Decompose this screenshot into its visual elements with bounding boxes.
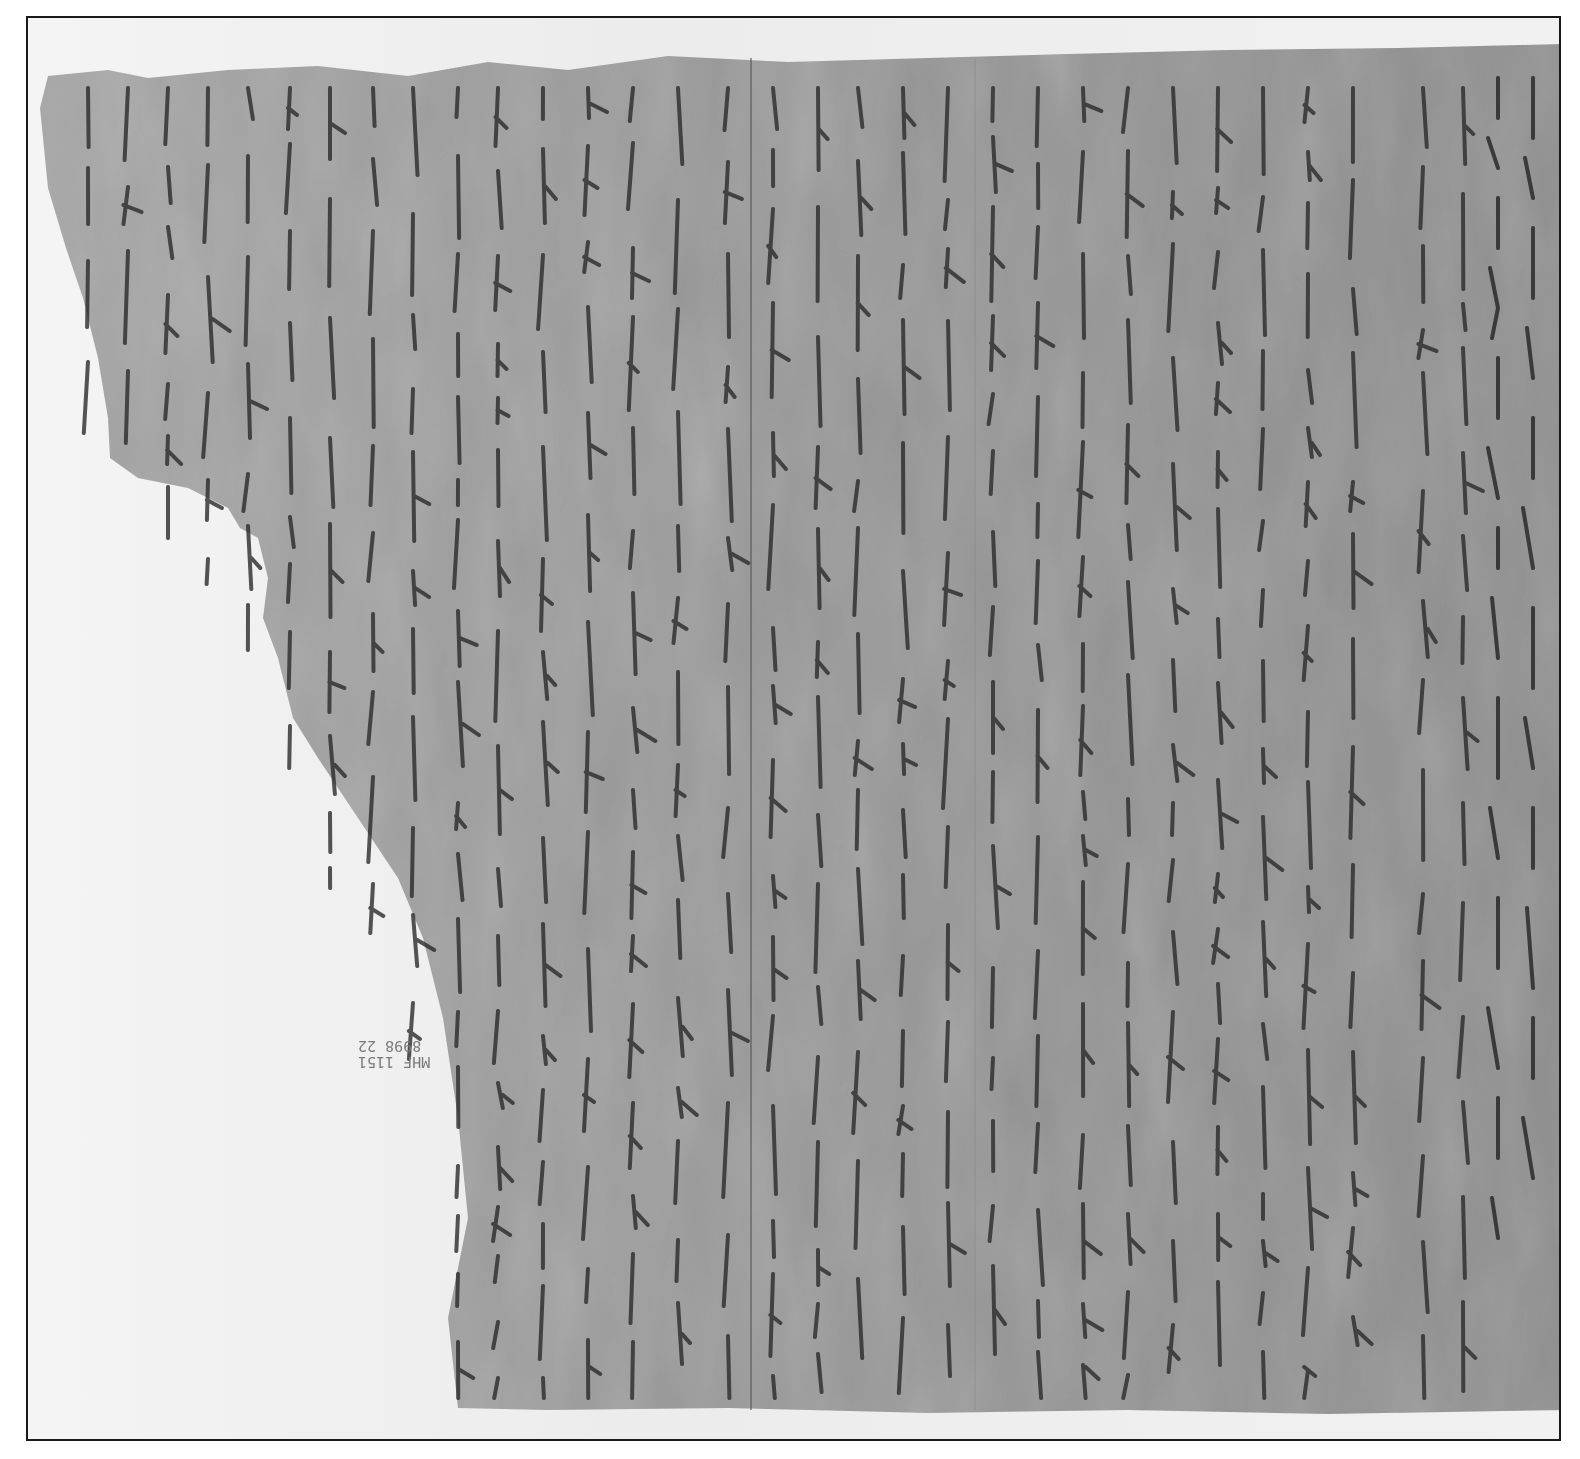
stamp-line-2: 8998 22 [358,1038,430,1054]
museum-stamp: MHF 1151 8998 22 [358,1038,430,1070]
stamp-line-1: MHF 1151 [358,1054,430,1070]
paper-fragment [28,18,1561,1441]
image-frame: MHF 1151 8998 22 [26,16,1561,1441]
